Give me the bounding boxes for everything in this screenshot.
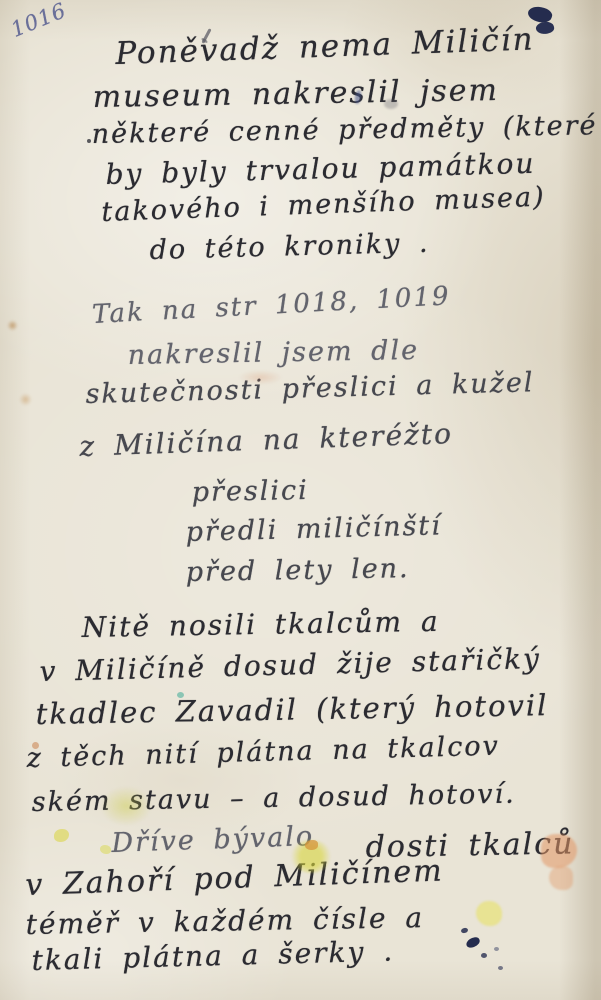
handwritten-line: nakreslil jsem dle [127,335,419,371]
handwritten-line: před lety len. [185,553,409,588]
stain-yellow [100,845,111,854]
handwritten-line: přeslici [191,475,309,508]
stain-yellow [476,901,502,926]
handwritten-line: tkadlec Zavadil (který hotovil [35,688,548,731]
stain-orange-center [305,840,318,850]
foxing-spot [32,742,39,749]
page-number: 1016 [8,0,70,42]
stain-salmon [541,834,577,868]
handwritten-line: Poněvadž nema Miličín [115,21,535,72]
foxing-spot [238,370,283,385]
handwritten-line-segment: Dříve bývalo [111,821,315,859]
handwritten-line: tkali plátna a šerky . [31,935,394,977]
stain-yellow [54,829,69,842]
handwritten-line: z Miličína na kteréžto [79,417,454,463]
handwritten-line: Tak na str 1018, 1019 [91,281,451,330]
foxing-spot [19,393,32,406]
stain-teal-speck [177,692,184,698]
ink-smudge [384,99,398,109]
handwritten-line: z těch nití plátna na tkalcov [26,731,500,774]
handwritten-line: některé cenné předměty (které [91,110,597,150]
chronicle-page: 1016 Poněvadž nema Miličín museum nakres… [0,0,601,1000]
stain-yellow [100,786,152,826]
handwritten-line: do této kroniky . [149,228,430,266]
ink-dot [481,953,487,958]
handwritten-line: v Zahoří pod Miličínem [25,853,444,903]
ink-dot [494,947,499,951]
foxing-spot [7,320,18,331]
handwritten-line: museum nakreslil jsem [92,73,499,115]
ink-dot [498,966,503,970]
ink-dot [465,936,481,949]
handwritten-line: v Miličíně dosud žije stařičký [39,642,541,688]
ink-speck [87,139,91,143]
ink-blot [535,20,555,35]
handwritten-line: Nitě nosili tkalcům a [81,605,439,644]
stain-salmon [549,866,573,890]
handwritten-line: předli miličínští [185,510,442,548]
ink-dot [460,927,468,934]
handwritten-line: skutečnosti přeslici a kužel [85,367,535,410]
